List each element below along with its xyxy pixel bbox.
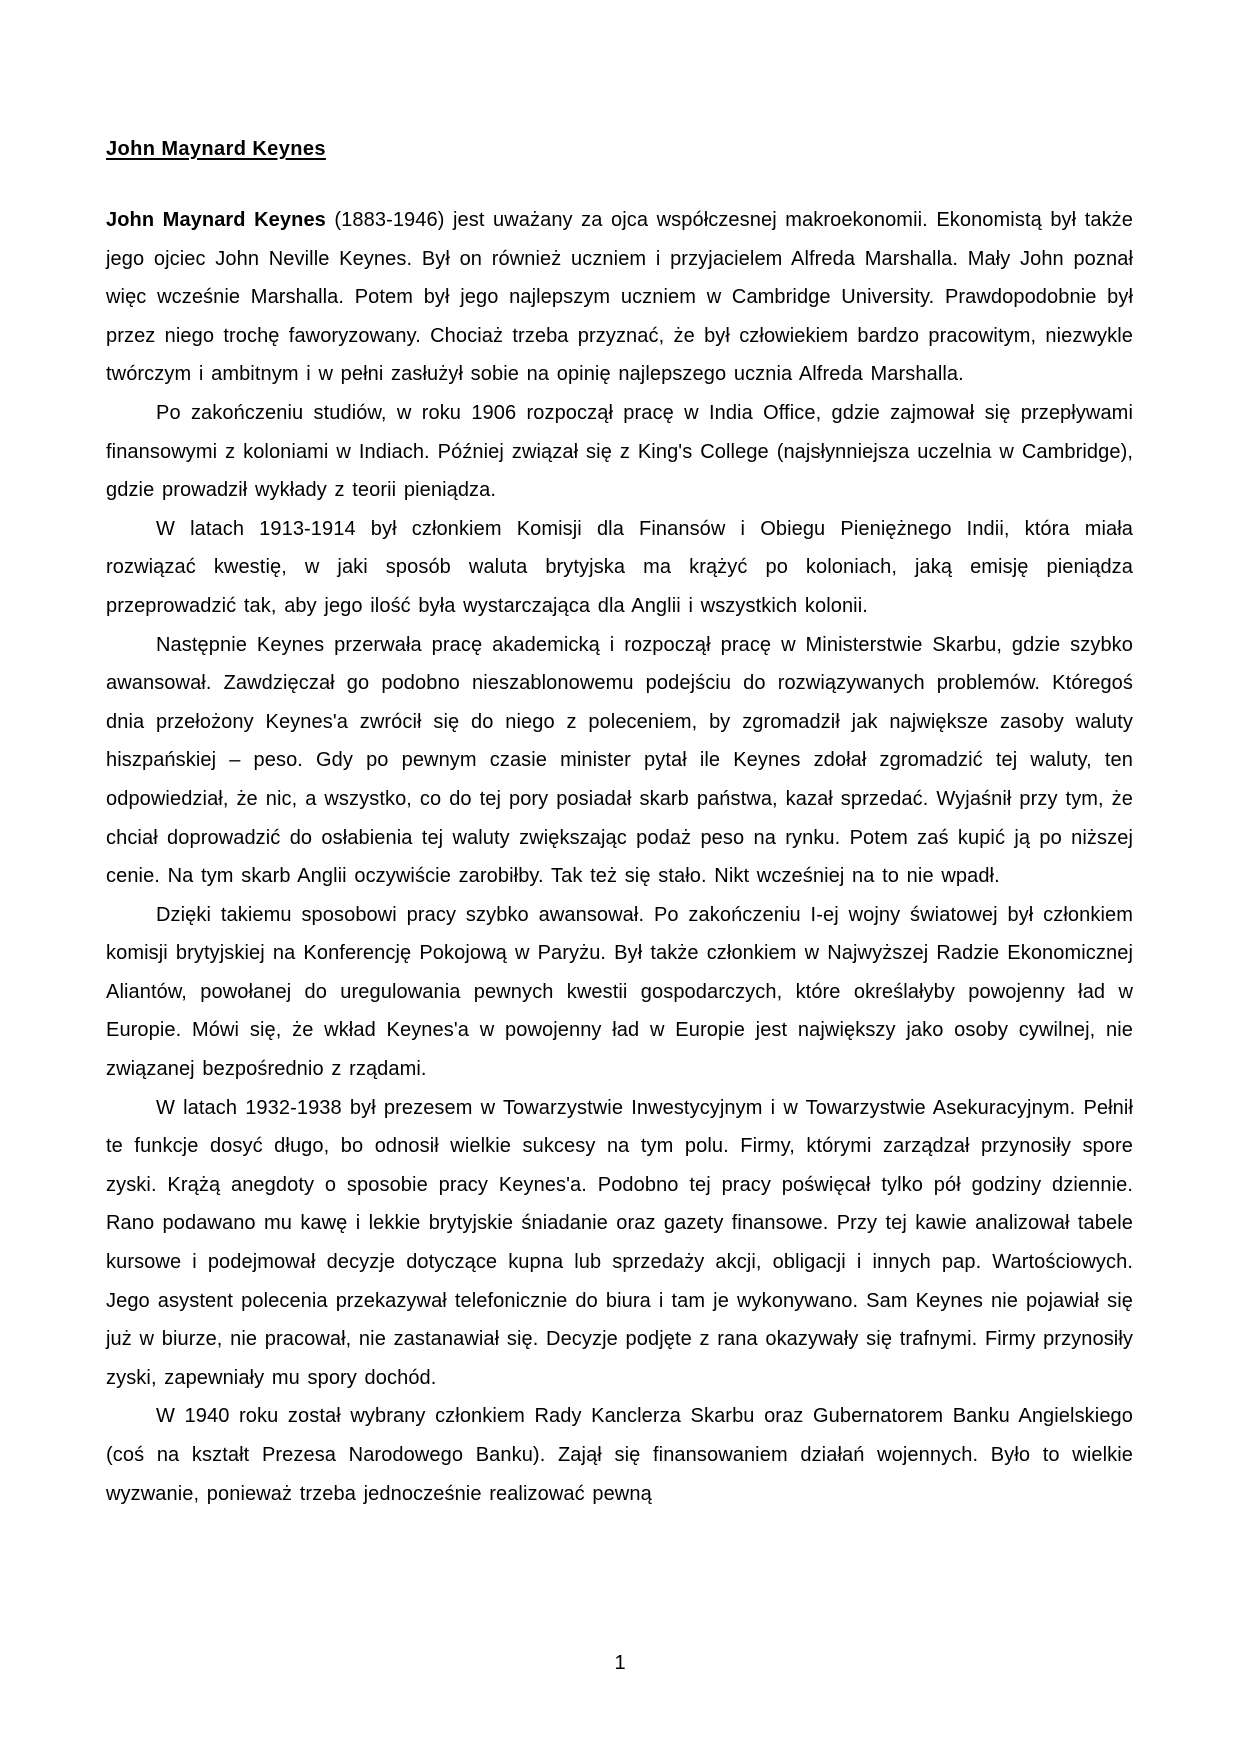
paragraph: Po zakończeniu studiów, w roku 1906 rozp…: [106, 394, 1133, 510]
paragraph-lead-bold: John Maynard Keynes: [106, 209, 326, 231]
paragraph: W 1940 roku został wybrany członkiem Rad…: [106, 1397, 1133, 1513]
document-body: John Maynard Keynes (1883-1946) jest uwa…: [106, 201, 1133, 1513]
document-page: John Maynard Keynes John Maynard Keynes …: [0, 0, 1240, 1754]
paragraph: Następnie Keynes przerwała pracę akademi…: [106, 626, 1133, 896]
paragraph: John Maynard Keynes (1883-1946) jest uwa…: [106, 201, 1133, 394]
paragraph: W latach 1913-1914 był członkiem Komisji…: [106, 510, 1133, 626]
paragraph: W latach 1932-1938 był prezesem w Towarz…: [106, 1089, 1133, 1398]
paragraph: Dzięki takiemu sposobowi pracy szybko aw…: [106, 896, 1133, 1089]
page-number: 1: [0, 1648, 1240, 1678]
document-title: John Maynard Keynes: [106, 137, 1133, 161]
